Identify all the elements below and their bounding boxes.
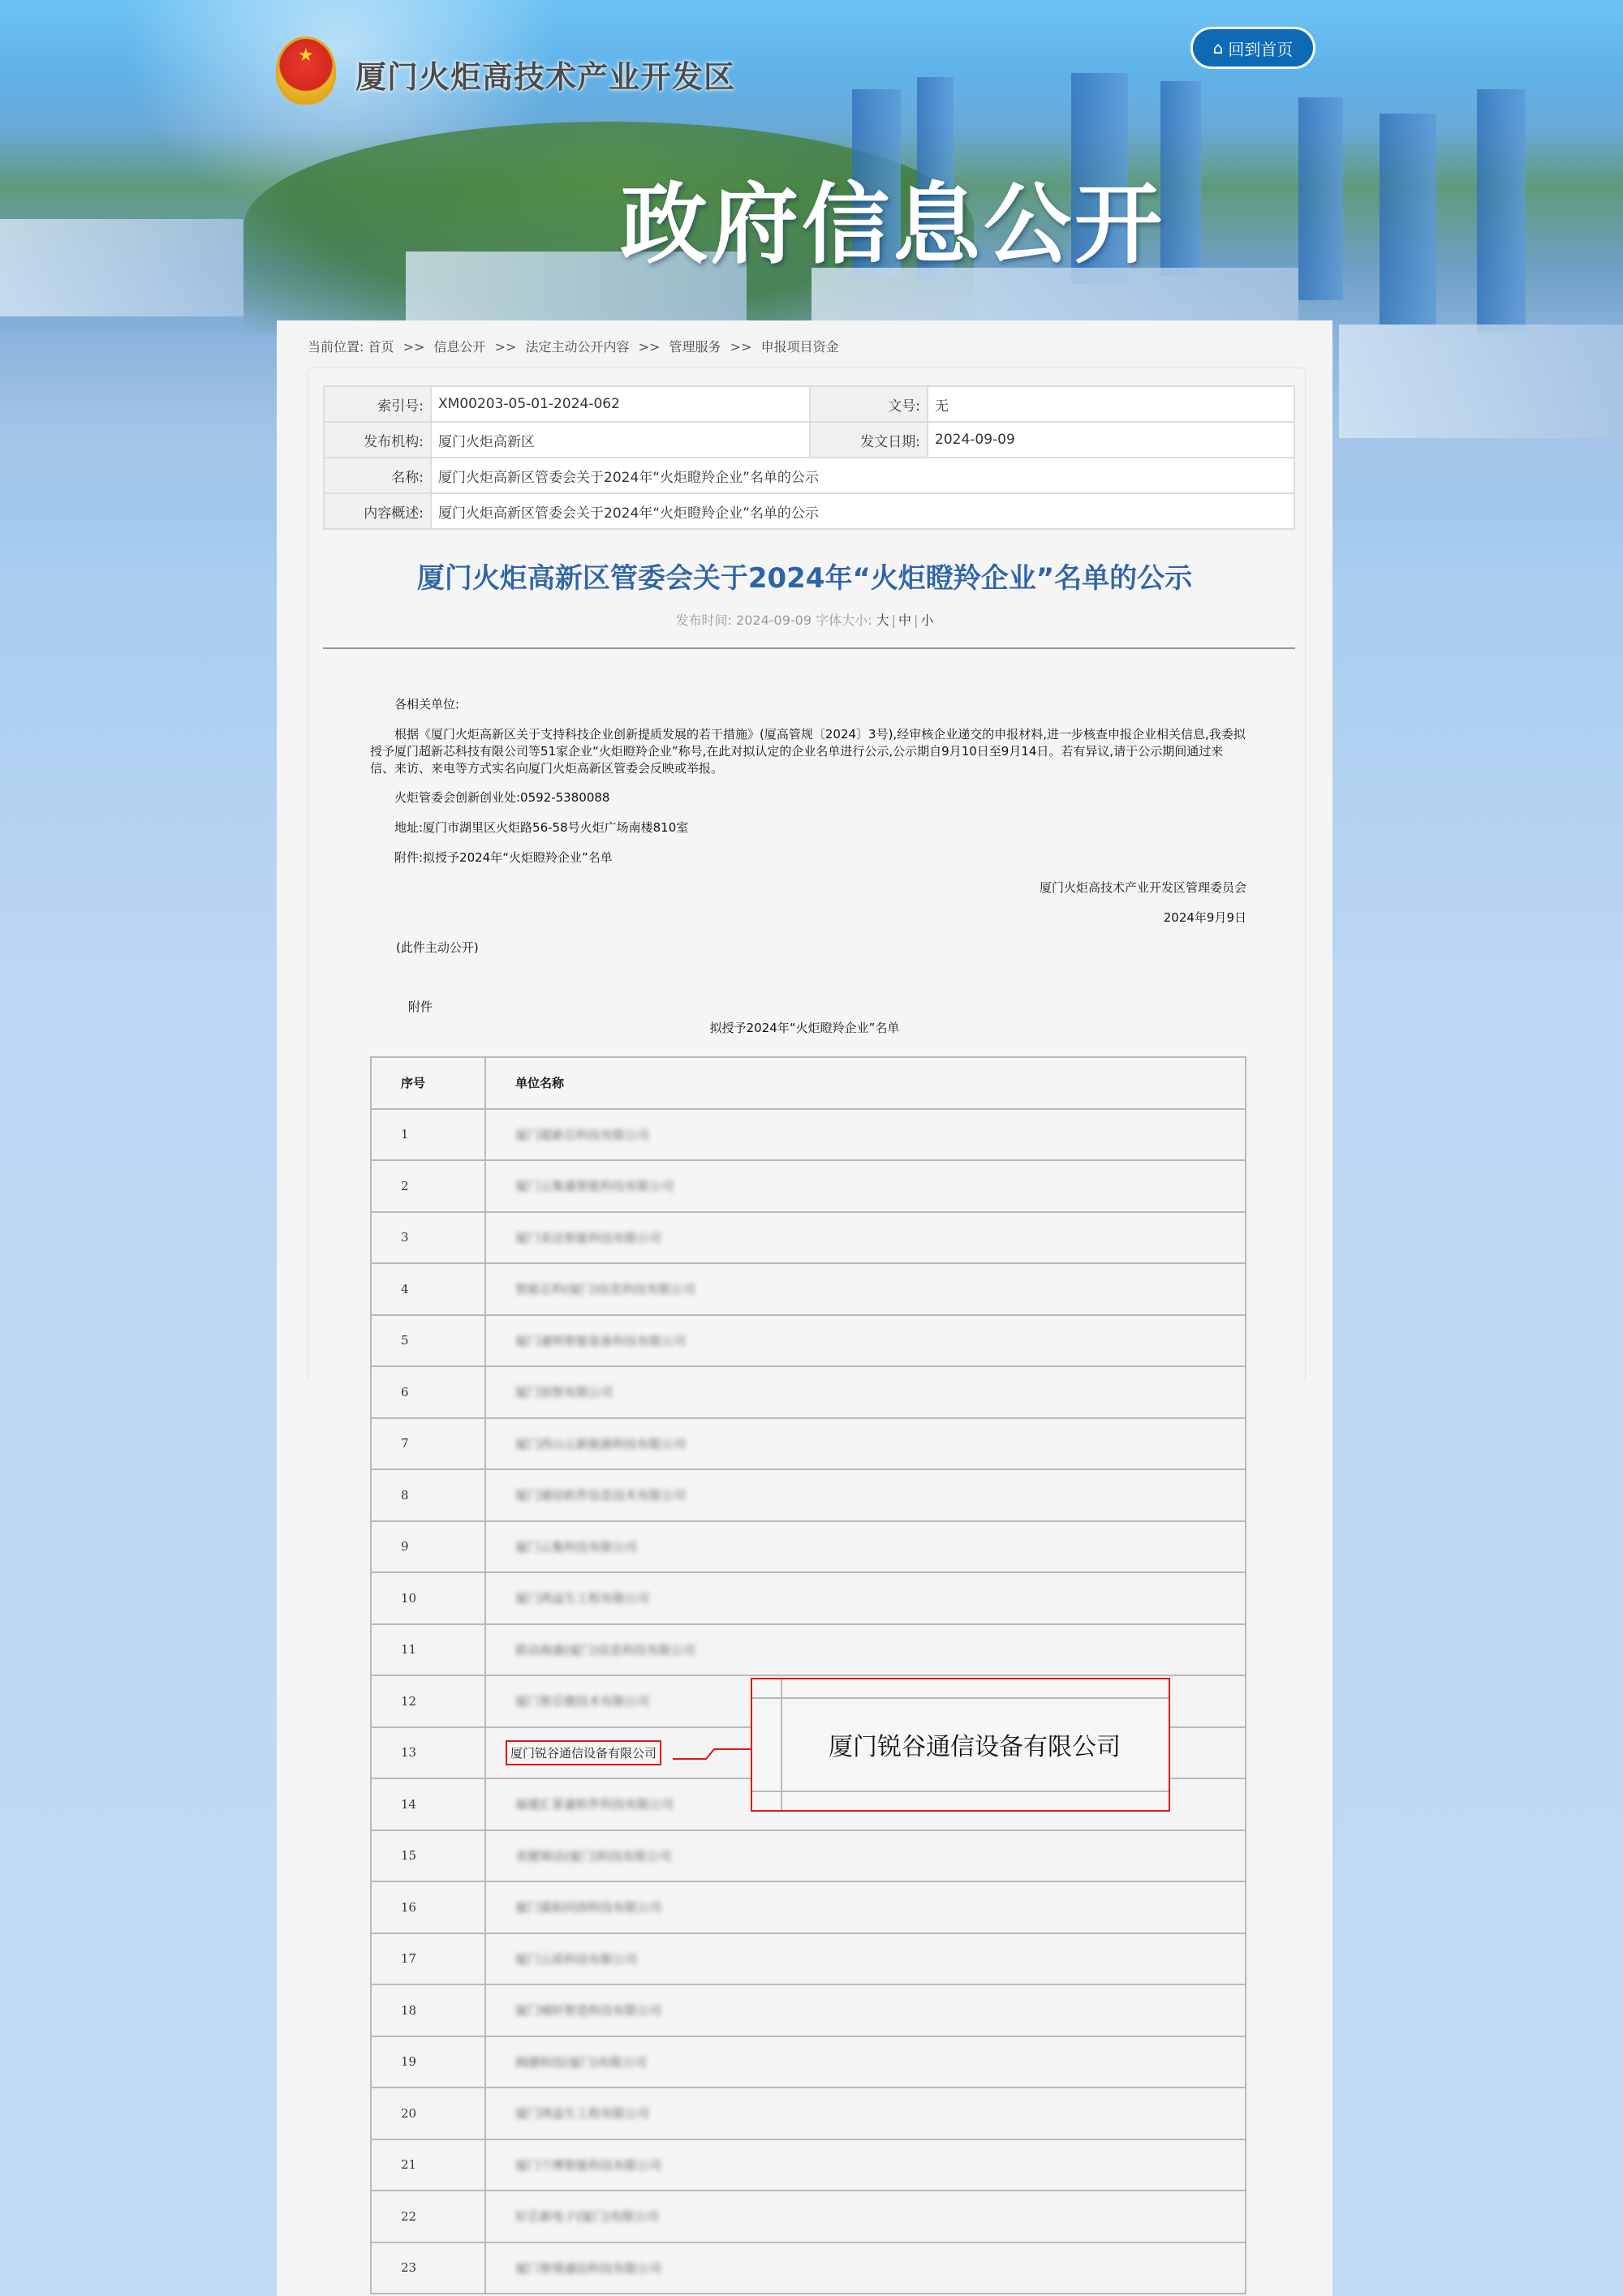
font-size-small[interactable]: 小 [920,613,933,628]
company-name: 厦门云集科技有限公司 [515,1538,637,1555]
row-number: 12 [371,1675,485,1727]
enterprise-list-table: 序号 单位名称 1厦门超新芯科技有限公司2厦门云集盛智能科技有限公司3厦门美达智… [370,1056,1246,2294]
callout-gridline [752,1697,1169,1699]
row-number: 6 [371,1366,485,1418]
row-number: 18 [371,1984,485,2036]
row-number: 2 [371,1160,485,1212]
name-value: 厦门火炬高新区管委会关于2024年“火炬瞪羚企业”名单的公示 [431,458,1294,493]
table-row: 21厦门兰博智能科技有限公司 [371,2139,1246,2191]
banner-building [1339,325,1623,438]
name-label: 名称: [324,458,431,493]
row-number: 23 [371,2242,485,2294]
table-row: 23厦门智境通信科技有限公司 [371,2242,1246,2294]
breadcrumb-separator: >> [495,339,517,355]
breadcrumb-statutory-content[interactable]: 法定主动公开内容 [526,339,630,355]
row-number: 19 [371,2036,485,2088]
row-company-cell: 厦门云集盛智能科技有限公司 [485,1160,1246,1212]
table-row: 6厦门创智有限公司 [371,1366,1246,1418]
row-company-cell: 厦门通信软件信息技术有限公司 [485,1469,1246,1521]
company-name: 智能芯科(厦门)信息科技有限公司 [515,1280,695,1297]
row-number: 14 [371,1778,485,1830]
table-row: 20厦门鸿益生工程有限公司 [371,2087,1246,2139]
breadcrumb-separator: >> [403,339,425,355]
table-row: 2厦门云集盛智能科技有限公司 [371,1160,1246,1212]
company-name: 厦门云质科技有限公司 [515,1950,637,1967]
table-row: 1厦门超新芯科技有限公司 [371,1109,1246,1161]
row-company-cell: 厦门超新芯科技有限公司 [485,1109,1246,1161]
address-line: 地址:厦门市湖里区火炬路56-58号火炬广场南楼810室 [370,819,1246,836]
docno-value: 无 [928,386,1294,422]
table-row: 3厦门美达智能科技有限公司 [371,1212,1246,1264]
table-row: 22好芯新电子(厦门)有限公司 [371,2191,1246,2242]
row-company-cell: 闽捷科技(厦门)有限公司 [485,2036,1246,2088]
company-name: 厦门云集盛智能科技有限公司 [515,1177,674,1194]
table-row: 17厦门云质科技有限公司 [371,1933,1246,1985]
metadata-table: 索引号: XM00203-05-01-2024-062 文号: 无 发布机构: … [323,385,1295,530]
table-row: 19闽捷科技(厦门)有限公司 [371,2036,1246,2088]
company-name: 厦门通明智能装备科技有限公司 [515,1332,686,1349]
row-company-cell: 厦门西山云新能源科技有限公司 [485,1418,1246,1470]
content-panel: 当前位置: 首页 >> 信息公开 >> 法定主动公开内容 >> 管理服务 >> … [277,320,1332,2296]
pub-time-label: 发布时间: [676,613,732,628]
table-row: 11联动海盛(厦门)信息科技有限公司 [371,1624,1246,1676]
column-header-number: 序号 [371,1057,485,1109]
table-row: 9厦门云集科技有限公司 [371,1521,1246,1573]
row-company-cell: 厦门鸿益生工程有限公司 [485,1572,1246,1624]
table-row: 18厦门城轩智造科技有限公司 [371,1984,1246,2036]
date-label: 发文日期: [810,422,928,458]
row-number: 3 [371,1212,485,1264]
company-name: 厦门智芯微技术有限公司 [515,1692,649,1709]
banner-building [1298,97,1343,300]
banner-building [1477,89,1526,333]
company-name: 福建汇景嘉软件科技有限公司 [515,1795,674,1812]
list-title: 拟授予2024年“火炬瞪羚企业”名单 [277,1020,1332,1037]
company-name: 厦门通信软件信息技术有限公司 [515,1486,686,1503]
row-number: 4 [371,1263,485,1315]
table-header-row: 序号 单位名称 [371,1057,1246,1109]
banner-building [1380,114,1436,325]
table-row: 16厦门霖拓同创科技有限公司 [371,1881,1246,1933]
table-row: 4智能芯科(厦门)信息科技有限公司 [371,1263,1246,1315]
attachment-heading: 附件 [408,999,1285,1016]
publisher-value: 厦门火炬高新区 [431,422,810,458]
breadcrumb-separator: >> [730,339,752,355]
company-name: 联动海盛(厦门)信息科技有限公司 [515,1641,695,1658]
row-number: 5 [371,1315,485,1367]
public-note: (此件主动公开) [396,939,1272,957]
row-number: 1 [371,1109,485,1161]
row-company-cell: 厦门创智有限公司 [485,1366,1246,1418]
summary-value: 厦门火炬高新区管委会关于2024年“火炬瞪羚企业”名单的公示 [431,493,1294,529]
company-name: 厦门兰博智能科技有限公司 [515,2156,661,2173]
breadcrumb-home[interactable]: 首页 [368,339,394,355]
table-row: 7厦门西山云新能源科技有限公司 [371,1418,1246,1470]
title-divider [323,647,1295,649]
date-value: 2024-09-09 [928,422,1294,458]
callout-gridline [752,1791,1169,1792]
row-company-cell: 厦门美达智能科技有限公司 [485,1212,1246,1264]
row-number: 17 [371,1933,485,1985]
home-button[interactable]: ⌂ 回到首页 [1190,27,1315,69]
row-company-cell: 智能芯科(厦门)信息科技有限公司 [485,1263,1246,1315]
signature-org: 厦门火炬高技术产业开发区管理委员会 [370,879,1246,896]
row-company-cell: 厦门云集科技有限公司 [485,1521,1246,1573]
company-name: 闽捷科技(厦门)有限公司 [515,2053,647,2070]
row-number: 21 [371,2139,485,2191]
home-icon: ⌂ [1213,38,1224,58]
index-value: XM00203-05-01-2024-062 [431,386,810,422]
table-row: 8厦门通信软件信息技术有限公司 [371,1469,1246,1521]
table-row: 15美健锦达(厦门)科技有限公司 [371,1830,1246,1882]
font-size-large[interactable]: 大 [876,613,889,628]
row-company-cell: 美健锦达(厦门)科技有限公司 [485,1830,1246,1882]
company-name: 厦门鸿益生工程有限公司 [515,1589,649,1606]
row-number: 7 [371,1418,485,1470]
row-number: 20 [371,2087,485,2139]
pub-time: 2024-09-09 [736,613,811,628]
row-number: 8 [371,1469,485,1521]
row-company-cell: 厦门兰博智能科技有限公司 [485,2139,1246,2191]
article-title: 厦门火炬高新区管委会关于2024年“火炬瞪羚企业”名单的公示 [277,556,1332,595]
font-size-medium[interactable]: 中 [898,613,911,628]
row-number: 15 [371,1830,485,1882]
company-name: 厦门智境通信科技有限公司 [515,2259,661,2277]
row-number: 11 [371,1624,485,1676]
publish-info: 发布时间: 2024-09-09 字体大小: 大|中|小 [277,610,1332,629]
company-name: 厦门超新芯科技有限公司 [515,1126,649,1143]
font-size-label: 字体大小: [816,613,872,628]
hero-title: 政府信息公开 [617,154,1169,280]
table-row: 10厦门鸿益生工程有限公司 [371,1572,1246,1624]
company-name: 厦门美达智能科技有限公司 [515,1229,661,1246]
row-company-cell: 厦门霖拓同创科技有限公司 [485,1881,1246,1933]
row-number: 10 [371,1572,485,1624]
company-name: 美健锦达(厦门)科技有限公司 [515,1847,671,1864]
row-company-cell: 联动海盛(厦门)信息科技有限公司 [485,1624,1246,1676]
highlighted-company-name: 厦门锐谷通信设备有限公司 [506,1740,661,1765]
breadcrumb-separator: >> [639,339,661,355]
company-name: 好芯新电子(厦门)有限公司 [515,2208,659,2225]
signature-date: 2024年9月9日 [370,909,1246,927]
company-name: 厦门西山云新能源科技有限公司 [515,1435,686,1452]
row-number: 9 [371,1521,485,1573]
summary-label: 内容概述: [324,493,431,529]
row-company-cell: 厦门通明智能装备科技有限公司 [485,1315,1246,1367]
company-name: 厦门霖拓同创科技有限公司 [515,1898,661,1915]
column-header-name: 单位名称 [485,1057,1246,1109]
company-name: 厦门鸿益生工程有限公司 [515,2105,649,2122]
row-company-cell: 厦门云质科技有限公司 [485,1933,1246,1985]
breadcrumb-management-service[interactable]: 管理服务 [669,339,721,355]
highlight-callout: 厦门锐谷通信设备有限公司 [751,1678,1170,1812]
salutation: 各相关单位: [370,696,1246,713]
row-company-cell: 厦门城轩智造科技有限公司 [485,1984,1246,2036]
banner-building [0,219,243,316]
publisher-label: 发布机构: [324,422,431,458]
row-number: 22 [371,2191,485,2242]
attachment-line[interactable]: 附件:拟授予2024年“火炬瞪羚企业”名单 [370,849,1246,866]
row-number: 13 [371,1727,485,1779]
row-company-cell: 厦门智境通信科技有限公司 [485,2242,1246,2294]
site-title[interactable]: 厦门火炬高技术产业开发区 [355,52,735,97]
contact-line: 火炬管委会创新创业处:0592-5380088 [370,789,1246,806]
breadcrumb-project-funds[interactable]: 申报项目资金 [761,339,839,355]
docno-label: 文号: [810,386,928,422]
row-company-cell: 厦门鸿益生工程有限公司 [485,2087,1246,2139]
national-emblem-icon: ★ [276,37,336,105]
row-company-cell: 好芯新电子(厦门)有限公司 [485,2191,1246,2242]
breadcrumb-prefix: 当前位置: [308,339,364,355]
company-name: 厦门城轩智造科技有限公司 [515,2001,661,2019]
table-row: 5厦门通明智能装备科技有限公司 [371,1315,1246,1367]
breadcrumb-info-public[interactable]: 信息公开 [434,339,486,355]
index-label: 索引号: [324,386,431,422]
home-button-label: 回到首页 [1228,37,1293,60]
row-number: 16 [371,1881,485,1933]
breadcrumb: 当前位置: 首页 >> 信息公开 >> 法定主动公开内容 >> 管理服务 >> … [308,337,839,355]
callout-text: 厦门锐谷通信设备有限公司 [781,1726,1169,1762]
body-paragraph: 根据《厦门火炬高新区关于支持科技企业创新提质发展的若干措施》(厦高管规〔2024… [370,726,1246,777]
company-name: 厦门创智有限公司 [515,1383,613,1400]
